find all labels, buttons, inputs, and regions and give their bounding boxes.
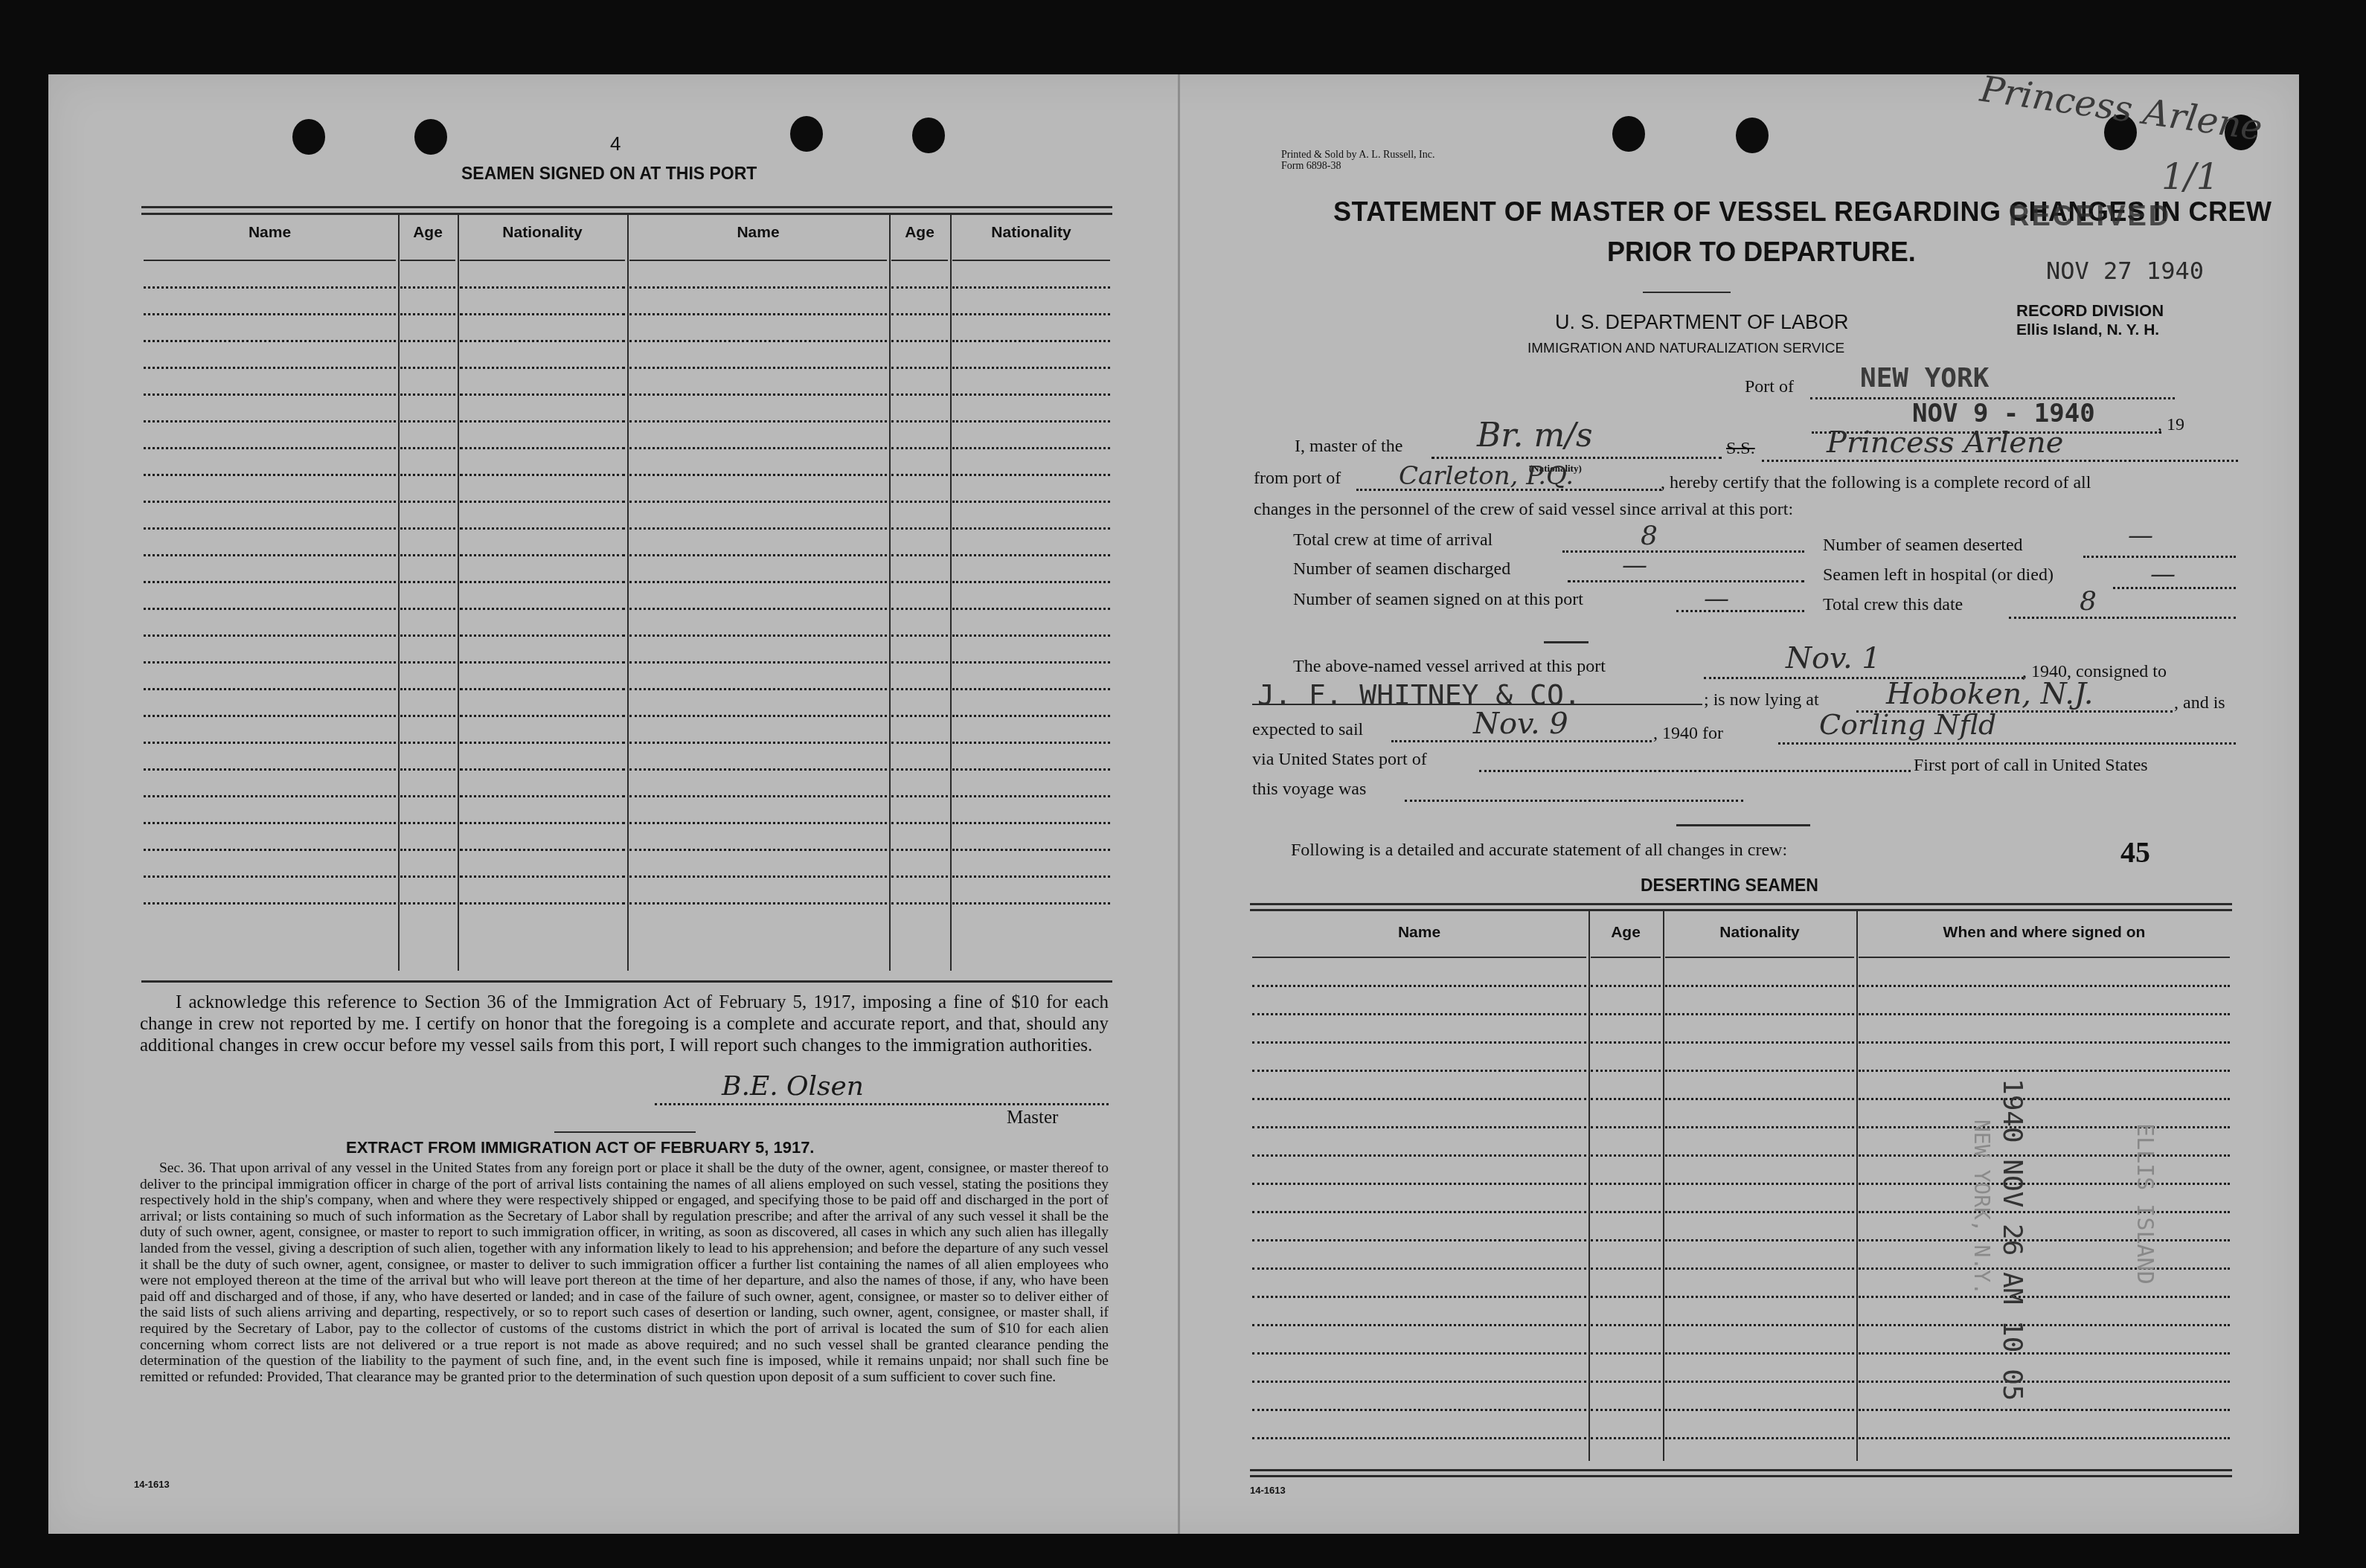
table-row-line <box>629 634 887 637</box>
column-header: When and where signed on <box>1856 924 2232 942</box>
signed-on-field <box>1676 610 1804 612</box>
signed-on-label: Number of seamen signed on at this port <box>1293 590 1583 610</box>
table-row-line <box>629 393 887 396</box>
punch-hole <box>414 119 447 155</box>
column-divider <box>1663 910 1664 1461</box>
table-row-line <box>891 420 948 422</box>
table-row-line <box>460 849 625 851</box>
table-row-line <box>891 608 948 610</box>
column-header: Nationality <box>1663 924 1856 942</box>
table-row-line <box>891 554 948 556</box>
table-row-line <box>891 768 948 771</box>
vessel-prefix: S.S. <box>1726 439 1755 459</box>
table-row-line <box>1665 1352 1854 1355</box>
column-divider <box>950 213 952 971</box>
column-divider <box>458 213 459 971</box>
column-divider <box>1588 910 1590 1461</box>
table-row-line <box>1252 1352 1586 1355</box>
table-row-line <box>1252 1154 1586 1157</box>
table-row-line <box>952 742 1110 744</box>
header-rule <box>400 260 455 261</box>
received-stamp-location: Ellis Island, N. Y. H. <box>2016 321 2159 339</box>
table-row-line <box>460 902 625 905</box>
header-rule <box>1591 957 1661 958</box>
table-row-line <box>460 715 625 717</box>
table-row-line <box>952 554 1110 556</box>
acknowledgement-text: I acknowledge this reference to Section … <box>140 992 1109 1056</box>
punch-hole <box>292 119 325 155</box>
table-row-line <box>891 661 948 663</box>
punch-hole <box>1736 118 1769 153</box>
table-row-line <box>460 688 625 690</box>
table-row-line <box>891 634 948 637</box>
table-row-line <box>952 340 1110 342</box>
following-text: Following is a detailed and accurate sta… <box>1291 841 1787 861</box>
table-row-line <box>1252 1239 1586 1241</box>
table-row-line <box>400 581 455 583</box>
table-row-line <box>1665 1183 1854 1185</box>
total-date-value: 8 <box>2080 586 2097 617</box>
table-row-line <box>629 902 887 905</box>
table-row-line <box>1665 1013 1854 1015</box>
table-row-line <box>629 822 887 824</box>
total-arrival-field <box>1562 550 1804 553</box>
table-row-line <box>400 474 455 476</box>
table-row-line <box>460 634 625 637</box>
discharged-value: — <box>1622 550 1647 580</box>
table-row-line <box>952 795 1110 797</box>
table-row-line <box>1591 1070 1661 1072</box>
header-rule <box>629 260 887 261</box>
first-port-label: First port of call in United States <box>1914 756 2148 776</box>
table-row-line <box>144 822 396 824</box>
table-row-line <box>144 393 396 396</box>
table-row-line <box>952 661 1110 663</box>
table-row-line <box>1859 1381 2230 1383</box>
table-row-line <box>891 822 948 824</box>
ellis-island-stamp-text: ELLIS ISLAND <box>2132 1123 2158 1285</box>
table-row-line <box>400 875 455 878</box>
hospital-value: — <box>2150 559 2176 589</box>
table-row-line <box>952 634 1110 637</box>
table-row-line <box>144 340 396 342</box>
header-rule <box>1859 957 2230 958</box>
column-divider <box>889 213 891 971</box>
form-title-2: PRIOR TO DEPARTURE. <box>1607 237 1916 268</box>
table-row-line <box>891 742 948 744</box>
table-row-line <box>400 527 455 530</box>
table-row-line <box>629 768 887 771</box>
deserting-table-title: DESERTING SEAMEN <box>1641 875 1818 896</box>
table-row-line <box>1665 1324 1854 1326</box>
table-row-line <box>891 875 948 878</box>
table-row-line <box>891 367 948 369</box>
table-row-line <box>891 393 948 396</box>
date-stamp: NOV 9 - 1940 <box>1912 399 2095 428</box>
vessel-name-field <box>1762 460 2238 462</box>
table-row-line <box>952 875 1110 878</box>
table-row-line <box>629 313 887 315</box>
table-row-line <box>1665 1381 1854 1383</box>
via-field <box>1479 770 1911 772</box>
table-row-line <box>891 286 948 289</box>
table-row-line <box>144 768 396 771</box>
punch-hole <box>912 118 945 153</box>
divider <box>554 1131 696 1133</box>
table-bottom-rule <box>141 980 1112 983</box>
table-row-line <box>1591 1211 1661 1213</box>
column-header: Age <box>398 224 458 242</box>
discharged-field <box>1568 580 1804 582</box>
table-row-line <box>144 420 396 422</box>
table-row-line <box>891 527 948 530</box>
table-row-line <box>891 474 948 476</box>
form-code: 14-1613 <box>1250 1485 1286 1496</box>
column-header: Age <box>889 224 950 242</box>
table-row-line <box>952 286 1110 289</box>
table-row-line <box>144 688 396 690</box>
nationality-field <box>1432 457 1722 459</box>
port-value: NEW YORK <box>1860 363 1989 393</box>
table-row-line <box>1859 1098 2230 1100</box>
column-divider <box>627 213 629 971</box>
deserted-field <box>2083 556 2236 558</box>
table-row-line <box>460 447 625 449</box>
from-port-value: Carleton, P.Q. <box>1399 461 1574 491</box>
form-number: Form 6898-38 <box>1281 161 1341 173</box>
column-header: Name <box>141 224 398 242</box>
received-stamp-division: RECORD DIVISION <box>2016 301 2164 321</box>
page-fold <box>1178 74 1180 1534</box>
table-row-line <box>629 688 887 690</box>
table-row-line <box>1859 985 2230 987</box>
table-row-line <box>144 902 396 905</box>
table-row-line <box>1859 1041 2230 1044</box>
table-row-line <box>629 661 887 663</box>
table-row-line <box>144 875 396 878</box>
table-row-line <box>629 447 887 449</box>
table-row-line <box>1252 1381 1586 1383</box>
voyage-label: this voyage was <box>1252 780 1366 800</box>
table-row-line <box>144 742 396 744</box>
lying-value: Hoboken, N.J. <box>1886 677 2094 711</box>
total-date-label: Total crew this date <box>1823 595 1963 615</box>
table-row-line <box>1859 1183 2230 1185</box>
destination: Corling Nfld <box>1819 708 1996 741</box>
master-signature: B.E. Olsen <box>722 1071 864 1102</box>
table-top-rule <box>141 206 1112 208</box>
table-row-line <box>629 742 887 744</box>
received-stamp-label: RECEIVED <box>2009 201 2171 233</box>
table-row-line <box>1252 1267 1586 1270</box>
printer-line: Printed & Sold by A. L. Russell, Inc. <box>1281 150 1435 161</box>
page-mark: 45 <box>2120 835 2150 870</box>
table-row-line <box>460 554 625 556</box>
table-row-line <box>400 447 455 449</box>
table-row-line <box>1252 1098 1586 1100</box>
table-row-line <box>891 715 948 717</box>
table-row-line <box>400 902 455 905</box>
column-header: Name <box>1250 924 1588 942</box>
table-row-line <box>629 501 887 503</box>
table-row-line <box>952 608 1110 610</box>
table-row-line <box>629 286 887 289</box>
column-header: Nationality <box>950 224 1112 242</box>
table-row-line <box>952 474 1110 476</box>
table-row-line <box>460 420 625 422</box>
consignee-field <box>1252 704 1702 705</box>
punch-hole <box>1612 116 1645 152</box>
table-row-line <box>144 795 396 797</box>
arrived-value: Nov. 1 <box>1786 641 1881 675</box>
column-header: Name <box>627 224 889 242</box>
table-row-line <box>400 742 455 744</box>
table-row-line <box>1665 1154 1854 1157</box>
table-row-line <box>460 822 625 824</box>
table-row-line <box>144 608 396 610</box>
table-row-line <box>1859 1352 2230 1355</box>
table-row-line <box>1252 1409 1586 1411</box>
table-row-line <box>460 581 625 583</box>
table-row-line <box>629 420 887 422</box>
table-row-line <box>400 393 455 396</box>
table-row-line <box>400 608 455 610</box>
column-divider <box>1856 910 1858 1461</box>
table-row-line <box>460 795 625 797</box>
table-row-line <box>400 501 455 503</box>
certify-text-2: changes in the personnel of the crew of … <box>1254 500 1793 520</box>
certify-text: , hereby certify that the following is a… <box>1661 473 2091 493</box>
table-row-line <box>1665 1070 1854 1072</box>
table-bottom-rule <box>1250 1475 2232 1477</box>
table-row-line <box>460 367 625 369</box>
table-row-line <box>144 527 396 530</box>
table-row-line <box>952 849 1110 851</box>
table-row-line <box>1252 985 1586 987</box>
table-row-line <box>952 688 1110 690</box>
table-row-line <box>1859 1239 2230 1241</box>
table-row-line <box>144 581 396 583</box>
table-row-line <box>144 367 396 369</box>
table-row-line <box>460 608 625 610</box>
sail-year: , 1940 for <box>1653 724 1723 744</box>
table-row-line <box>400 822 455 824</box>
table-row-line <box>629 367 887 369</box>
table-row-line <box>1591 1183 1661 1185</box>
table-row-line <box>629 554 887 556</box>
service: IMMIGRATION AND NATURALIZATION SERVICE <box>1527 341 1844 357</box>
signed-on-table-title: SEAMEN SIGNED ON AT THIS PORT <box>461 164 757 184</box>
table-row-line <box>891 795 948 797</box>
table-row-line <box>1665 1211 1854 1213</box>
lying-label: ; is now lying at <box>1704 690 1819 710</box>
table-row-line <box>1859 1296 2230 1298</box>
table-row-line <box>1591 1324 1661 1326</box>
table-row-line <box>400 849 455 851</box>
table-row-line <box>891 902 948 905</box>
table-row-line <box>1665 1409 1854 1411</box>
table-row-line <box>144 554 396 556</box>
table-row-line <box>1665 1267 1854 1270</box>
table-row-line <box>629 849 887 851</box>
table-row-line <box>1665 1126 1854 1128</box>
table-row-line <box>1665 1098 1854 1100</box>
table-row-line <box>891 688 948 690</box>
master-of-label: I, master of the <box>1295 437 1402 457</box>
port-label: Port of <box>1745 377 1794 397</box>
table-row-line <box>1859 1211 2230 1213</box>
table-row-line <box>891 849 948 851</box>
header-rule <box>1252 957 1586 958</box>
table-row-line <box>400 554 455 556</box>
table-row-line <box>1665 1041 1854 1044</box>
table-row-line <box>460 661 625 663</box>
extract-title: EXTRACT FROM IMMIGRATION ACT OF FEBRUARY… <box>346 1138 814 1157</box>
table-row-line <box>952 902 1110 905</box>
table-row-line <box>1252 1296 1586 1298</box>
table-row-line <box>460 742 625 744</box>
table-row-line <box>952 581 1110 583</box>
table-row-line <box>629 795 887 797</box>
deserted-value: — <box>2128 521 2153 550</box>
table-row-line <box>952 822 1110 824</box>
table-row-line <box>1665 1239 1854 1241</box>
table-row-line <box>1591 1409 1661 1411</box>
table-row-line <box>1252 1126 1586 1128</box>
divider <box>1643 292 1731 293</box>
deserted-label: Number of seamen deserted <box>1823 536 2023 556</box>
divider <box>1544 641 1588 643</box>
table-row-line <box>952 420 1110 422</box>
voyage-field <box>1405 800 1743 802</box>
department: U. S. DEPARTMENT OF LABOR <box>1555 311 1849 334</box>
column-divider <box>398 213 400 971</box>
table-row-line <box>1591 1267 1661 1270</box>
table-top-rule <box>1250 903 2232 905</box>
and-is: , and is <box>2174 693 2225 713</box>
table-row-line <box>1252 1013 1586 1015</box>
table-row-line <box>1665 1437 1854 1439</box>
header-rule <box>891 260 948 261</box>
table-row-line <box>952 367 1110 369</box>
header-rule <box>952 260 1110 261</box>
table-top-rule <box>1250 909 2232 911</box>
discharged-label: Number of seamen discharged <box>1293 559 1510 579</box>
table-bottom-rule <box>1250 1469 2232 1471</box>
total-date-field <box>2009 617 2236 619</box>
table-row-line <box>891 581 948 583</box>
table-row-line <box>629 581 887 583</box>
master-label: Master <box>1007 1108 1058 1128</box>
new-york-stamp-text: NEW YORK, N.Y. <box>1969 1119 1994 1295</box>
table-row-line <box>891 447 948 449</box>
table-row-line <box>400 688 455 690</box>
table-row-line <box>1252 1041 1586 1044</box>
table-row-line <box>1591 1041 1661 1044</box>
table-row-line <box>400 715 455 717</box>
table-row-line <box>1859 1126 2230 1128</box>
table-row-line <box>629 608 887 610</box>
table-row-line <box>952 313 1110 315</box>
table-row-line <box>891 313 948 315</box>
table-row-line <box>144 849 396 851</box>
received-stamp-date: NOV 27 1940 <box>2046 257 2204 285</box>
table-row-line <box>629 474 887 476</box>
table-row-line <box>952 393 1110 396</box>
table-row-line <box>1665 1296 1854 1298</box>
table-row-line <box>460 501 625 503</box>
table-row-line <box>400 420 455 422</box>
table-row-line <box>1591 1437 1661 1439</box>
table-row-line <box>400 795 455 797</box>
table-row-line <box>1859 1437 2230 1439</box>
table-row-line <box>1252 1211 1586 1213</box>
table-row-line <box>891 501 948 503</box>
table-row-line <box>629 340 887 342</box>
table-row-line <box>1591 1352 1661 1355</box>
column-header: Nationality <box>458 224 627 242</box>
table-row-line <box>952 501 1110 503</box>
table-row-line <box>891 340 948 342</box>
table-row-line <box>629 875 887 878</box>
sail-label: expected to sail <box>1252 720 1363 740</box>
header-rule <box>144 260 396 261</box>
divider <box>1676 824 1810 826</box>
table-row-line <box>144 286 396 289</box>
hospital-label: Seamen left in hospital (or died) <box>1823 565 2054 585</box>
arrived-label: The above-named vessel arrived at this p… <box>1293 657 1606 677</box>
table-row-line <box>952 447 1110 449</box>
table-row-line <box>460 393 625 396</box>
table-row-line <box>144 313 396 315</box>
table-row-line <box>1591 1296 1661 1298</box>
table-row-line <box>460 875 625 878</box>
table-row-line <box>1591 1154 1661 1157</box>
nationality-value: Br. m/s <box>1477 417 1593 454</box>
table-row-line <box>1859 1154 2230 1157</box>
table-row-line <box>1591 1381 1661 1383</box>
table-row-line <box>1591 985 1661 987</box>
via-label: via United States port of <box>1252 750 1427 770</box>
signed-on-value: — <box>1704 584 1729 614</box>
total-arrival-value: 8 <box>1641 521 1658 551</box>
table-row-line <box>1591 1239 1661 1241</box>
table-row-line <box>460 527 625 530</box>
table-row-line <box>1591 1013 1661 1015</box>
table-row-line <box>144 661 396 663</box>
page-number: 4 <box>610 132 621 155</box>
table-row-line <box>400 367 455 369</box>
table-row-line <box>144 634 396 637</box>
table-row-line <box>400 661 455 663</box>
table-row-line <box>460 313 625 315</box>
vessel-name: Princess Arlene <box>1827 425 2063 460</box>
table-row-line <box>460 768 625 771</box>
table-row-line <box>144 501 396 503</box>
table-row-line <box>144 715 396 717</box>
table-row-line <box>629 527 887 530</box>
date-year-prefix: , 19 <box>2158 415 2184 435</box>
table-row-line <box>1859 1070 2230 1072</box>
header-rule <box>460 260 625 261</box>
table-row-line <box>400 313 455 315</box>
table-row-line <box>1859 1013 2230 1015</box>
total-arrival-label: Total crew at time of arrival <box>1293 530 1493 550</box>
column-header: Age <box>1588 924 1663 942</box>
table-row-line <box>400 340 455 342</box>
table-row-line <box>400 768 455 771</box>
table-row-line <box>1591 1126 1661 1128</box>
